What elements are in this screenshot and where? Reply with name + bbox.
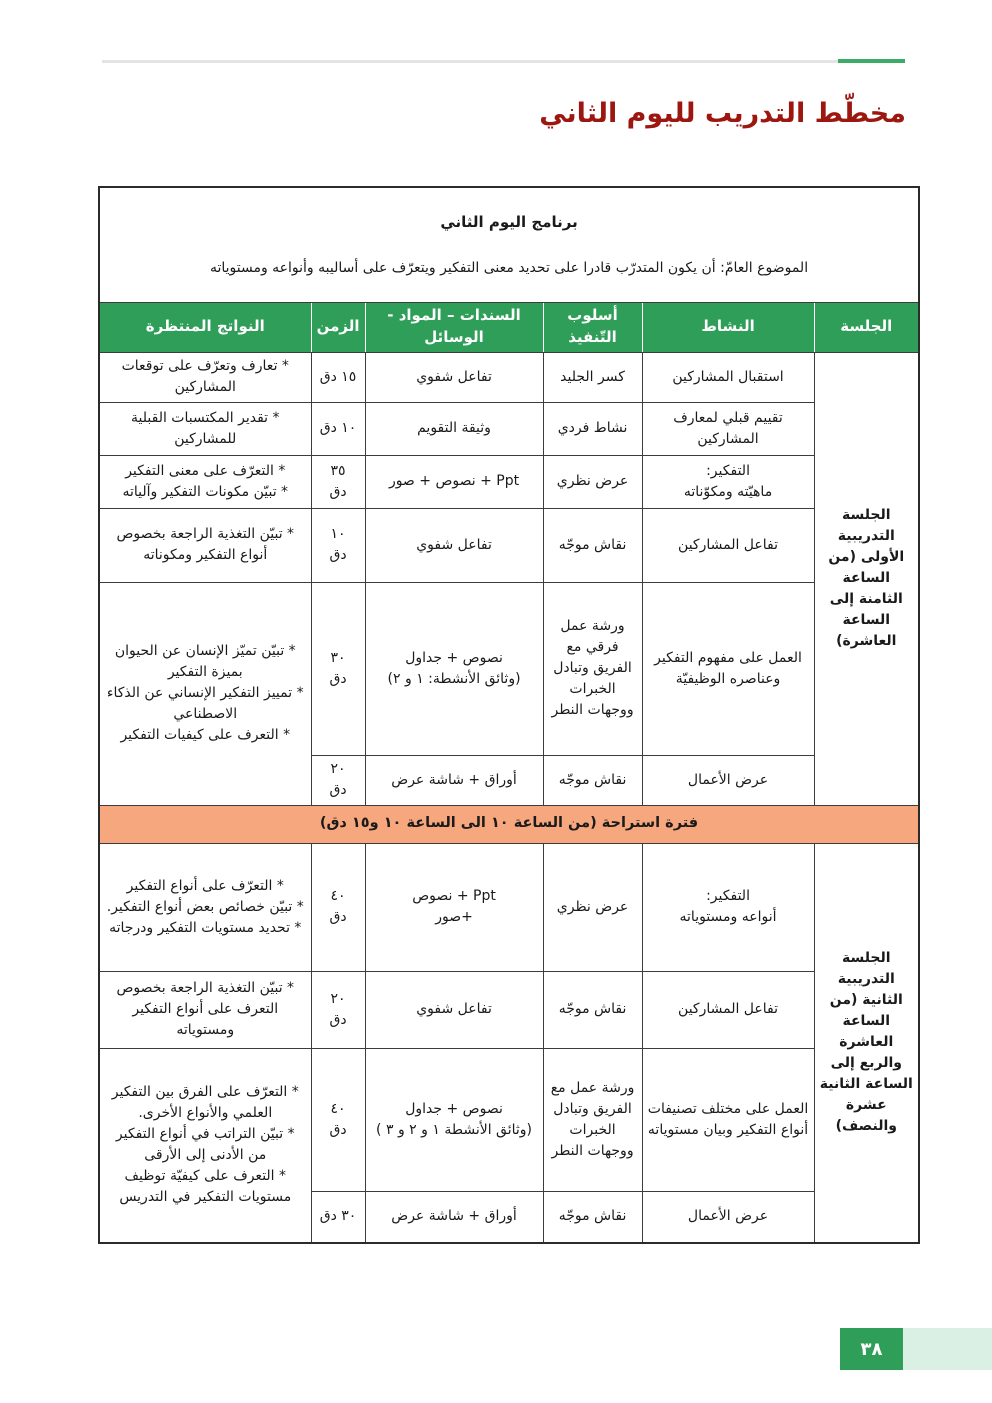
method-cell: نقاش موجّه (543, 755, 642, 805)
time-cell: ١٠ دق (311, 508, 365, 582)
materials-cell: نصوص + جداول (وثائق الأنشطة: ١ و ٢) (365, 582, 543, 755)
column-header-method: أسلوب التّنفيذ (543, 302, 642, 352)
materials-cell: أوراق + شاشة عرض (365, 1191, 543, 1243)
outcomes-cell: * التعرّف على أنواع التفكير * تبيّن خصائ… (99, 843, 311, 971)
program-header-cell: برنامج اليوم الثاني الموضوع العامّ: أن ي… (99, 187, 919, 302)
program-title: برنامج اليوم الثاني (105, 211, 913, 234)
outcomes-cell: * التعرّف على الفرق بين التفكير العلمي و… (99, 1048, 311, 1243)
training-schedule-table: برنامج اليوم الثاني الموضوع العامّ: أن ي… (98, 186, 920, 1244)
table-row: تقييم قبلي لمعارف المشاركين نشاط فردي وث… (99, 402, 919, 455)
column-header-outcomes: النواتج المنتظرة (99, 302, 311, 352)
activity-cell: العمل على مفهوم التفكير وعناصره الوظيفيّ… (642, 582, 814, 755)
table-row: التفكير: ماهيّته ومكوّناته عرض نظري Ppt … (99, 455, 919, 508)
time-cell: ٣٠ دق (311, 1191, 365, 1243)
program-topic: الموضوع العامّ: أن يكون المتدرّب قادرا ع… (105, 258, 913, 279)
materials-cell: نصوص + جداول (وثائق الأنشطة ١ و ٢ و ٣ ) (365, 1048, 543, 1191)
top-rule-green-segment (838, 59, 905, 63)
program-header-row: برنامج اليوم الثاني الموضوع العامّ: أن ي… (99, 187, 919, 302)
time-cell: ٤٠ دق (311, 1048, 365, 1191)
activity-cell: تفاعل المشاركين (642, 971, 814, 1048)
materials-cell: تفاعل شفوي (365, 508, 543, 582)
method-cell: كسر الجليد (543, 352, 642, 402)
activity-cell: العمل على مختلف تصنيفات أنواع التفكير وب… (642, 1048, 814, 1191)
activity-cell: التفكير: أنواعه ومستوياته (642, 843, 814, 971)
session-cell: الجلسة التدريبية الثانية (من الساعة العا… (814, 843, 919, 1243)
method-cell: نقاش موجّه (543, 1191, 642, 1243)
column-header-session: الجلسة (814, 302, 919, 352)
footer-strip (903, 1328, 992, 1370)
method-cell: عرض نظري (543, 843, 642, 971)
activity-cell: عرض الأعمال (642, 1191, 814, 1243)
column-header-materials: السندات – المواد - الوسائل (365, 302, 543, 352)
outcomes-cell: * تعارف وتعرّف على توقعات المشاركين (99, 352, 311, 402)
page-number-badge: ٣٨ (840, 1328, 903, 1370)
outcomes-cell: * تقدير المكتسبات القبلية للمشاركين (99, 402, 311, 455)
time-cell: ٣٥ دق (311, 455, 365, 508)
outcomes-cell: * التعرّف على معنى التفكير * تبيّن مكونا… (99, 455, 311, 508)
materials-cell: Ppt + نصوص + صور (365, 455, 543, 508)
page-number: ٣٨ (861, 1339, 883, 1360)
activity-cell: تقييم قبلي لمعارف المشاركين (642, 402, 814, 455)
column-header-time: الزمن (311, 302, 365, 352)
outcomes-cell: * تبيّن تميّز الإنسان عن الحيوان بميزة ا… (99, 582, 311, 805)
outcomes-cell: * تبيّن التغذية الراجعة بخصوص التعرف على… (99, 971, 311, 1048)
table-row: العمل على مفهوم التفكير وعناصره الوظيفيّ… (99, 582, 919, 755)
session-cell: الجلسة التدريبية الأولى (من الساعة الثام… (814, 352, 919, 805)
break-cell: فترة استراحة (من الساعة ١٠ الى الساعة ١٠… (99, 805, 919, 843)
materials-cell: أوراق + شاشة عرض (365, 755, 543, 805)
activity-cell: استقبال المشاركين (642, 352, 814, 402)
document-page: مخطّط التدريب لليوم الثاني برنامج اليوم … (0, 0, 992, 1403)
table-row: العمل على مختلف تصنيفات أنواع التفكير وب… (99, 1048, 919, 1191)
activity-cell: عرض الأعمال (642, 755, 814, 805)
time-cell: ٤٠ دق (311, 843, 365, 971)
column-header-row: الجلسة النشاط أسلوب التّنفيذ السندات – ا… (99, 302, 919, 352)
time-cell: ١٠ دق (311, 402, 365, 455)
materials-cell: Ppt + نصوص +صور (365, 843, 543, 971)
method-cell: ورشة عمل مع الفريق وتبادل الخبرات ووجهات… (543, 1048, 642, 1191)
column-header-activity: النشاط (642, 302, 814, 352)
materials-cell: تفاعل شفوي (365, 352, 543, 402)
time-cell: ١٥ دق (311, 352, 365, 402)
method-cell: نشاط فردي (543, 402, 642, 455)
method-cell: عرض نظري (543, 455, 642, 508)
break-row: فترة استراحة (من الساعة ١٠ الى الساعة ١٠… (99, 805, 919, 843)
table-row: تفاعل المشاركين نقاش موجّه تفاعل شفوي ١٠… (99, 508, 919, 582)
time-cell: ٢٠ دق (311, 971, 365, 1048)
method-cell: نقاش موجّه (543, 508, 642, 582)
top-rule (102, 60, 838, 63)
table-row: الجلسة التدريبية الأولى (من الساعة الثام… (99, 352, 919, 402)
method-cell: نقاش موجّه (543, 971, 642, 1048)
activity-cell: التفكير: ماهيّته ومكوّناته (642, 455, 814, 508)
materials-cell: تفاعل شفوي (365, 971, 543, 1048)
method-cell: ورشة عمل فرقي مع الفريق وتبادل الخبرات و… (543, 582, 642, 755)
time-cell: ٣٠ دق (311, 582, 365, 755)
materials-cell: وثيقة التقويم (365, 402, 543, 455)
outcomes-cell: * تبيّن التغذية الراجعة بخصوص أنواع التف… (99, 508, 311, 582)
page-title: مخطّط التدريب لليوم الثاني (539, 98, 906, 129)
table-row: الجلسة التدريبية الثانية (من الساعة العا… (99, 843, 919, 971)
time-cell: ٢٠ دق (311, 755, 365, 805)
table-row: تفاعل المشاركين نقاش موجّه تفاعل شفوي ٢٠… (99, 971, 919, 1048)
activity-cell: تفاعل المشاركين (642, 508, 814, 582)
